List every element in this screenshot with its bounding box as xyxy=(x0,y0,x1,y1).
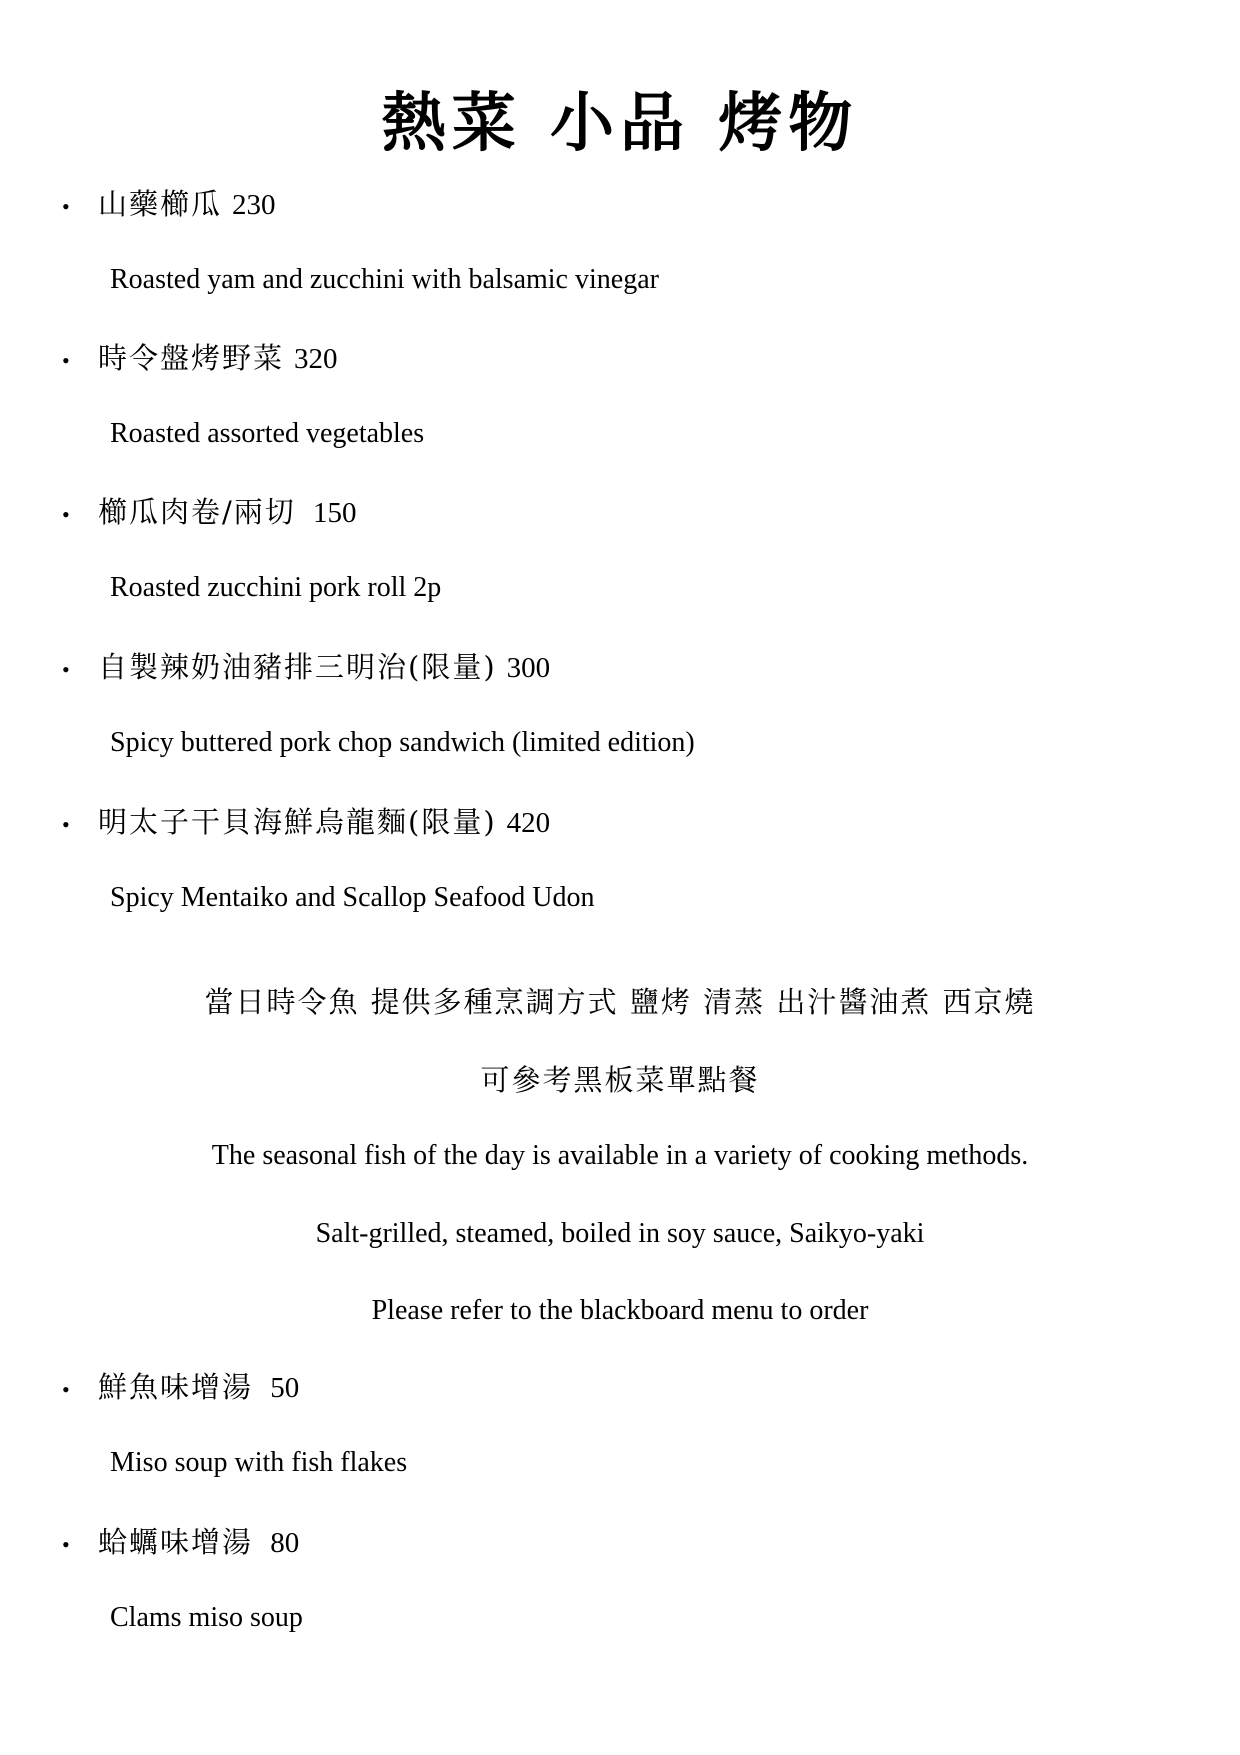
item-name-cn: 鮮魚味增湯 xyxy=(98,1365,253,1409)
menu-item: • 自製辣奶油豬排三明治(限量) 300 Spicy buttered pork… xyxy=(60,645,1180,763)
item-price: 50 xyxy=(263,1366,299,1410)
item-desc-en: Miso soup with fish flakes xyxy=(60,1443,1180,1483)
fish-notice-en-line3: Please refer to the blackboard menu to o… xyxy=(0,1291,1240,1331)
item-desc-en: Spicy Mentaiko and Scallop Seafood Udon xyxy=(60,878,1180,918)
page-title: 熱菜 小品 烤物 xyxy=(0,84,1240,164)
item-desc-en: Roasted yam and zucchini with balsamic v… xyxy=(60,260,1180,300)
item-name-cn: 山藥櫛瓜 xyxy=(98,182,222,226)
menu-item: • 鮮魚味增湯 50 Miso soup with fish flakes xyxy=(60,1365,1180,1483)
menu-item: • 蛤蠣味增湯 80 Clams miso soup xyxy=(60,1520,1180,1638)
fish-notice-en-line2: Salt-grilled, steamed, boiled in soy sau… xyxy=(0,1214,1240,1254)
bullet-icon: • xyxy=(60,803,98,847)
bullet-icon: • xyxy=(60,648,98,692)
item-desc-en: Roasted zucchini pork roll 2p xyxy=(60,568,1180,608)
item-price: 150 xyxy=(306,491,357,535)
menu-item: • 山藥櫛瓜 230 Roasted yam and zucchini with… xyxy=(60,182,1180,300)
item-price: 230 xyxy=(232,183,276,227)
bullet-icon: • xyxy=(60,1523,98,1567)
fish-notice-cn-line1: 當日時令魚 提供多種烹調方式 鹽烤 清蒸 出汁醬油煮 西京燒 xyxy=(0,980,1240,1024)
item-desc-en: Roasted assorted vegetables xyxy=(60,414,1180,454)
item-name-cn: 櫛瓜肉卷/兩切 xyxy=(98,490,296,534)
bullet-icon: • xyxy=(60,493,98,537)
menu-item: • 櫛瓜肉卷/兩切 150 Roasted zucchini pork roll… xyxy=(60,490,1180,608)
fish-notice-en-line1: The seasonal fish of the day is availabl… xyxy=(0,1136,1240,1176)
item-price: 300 xyxy=(507,646,551,690)
item-price: 420 xyxy=(507,801,551,845)
item-price: 80 xyxy=(263,1521,299,1565)
item-desc-en: Clams miso soup xyxy=(60,1598,1180,1638)
item-name-cn: 時令盤烤野菜 xyxy=(98,336,284,380)
bullet-icon: • xyxy=(60,185,98,229)
fish-notice-cn-line2: 可參考黑板菜單點餐 xyxy=(0,1058,1240,1102)
bullet-icon: • xyxy=(60,1368,98,1412)
menu-item: • 明太子干貝海鮮烏龍麵(限量) 420 Spicy Mentaiko and … xyxy=(60,800,1180,918)
item-name-cn: 明太子干貝海鮮烏龍麵(限量) xyxy=(98,800,497,844)
menu-item: • 時令盤烤野菜 320 Roasted assorted vegetables xyxy=(60,336,1180,454)
item-name-cn: 蛤蠣味增湯 xyxy=(98,1520,253,1564)
bullet-icon: • xyxy=(60,339,98,383)
item-name-cn: 自製辣奶油豬排三明治(限量) xyxy=(98,645,497,689)
item-desc-en: Spicy buttered pork chop sandwich (limit… xyxy=(60,723,1180,763)
item-price: 320 xyxy=(294,337,338,381)
